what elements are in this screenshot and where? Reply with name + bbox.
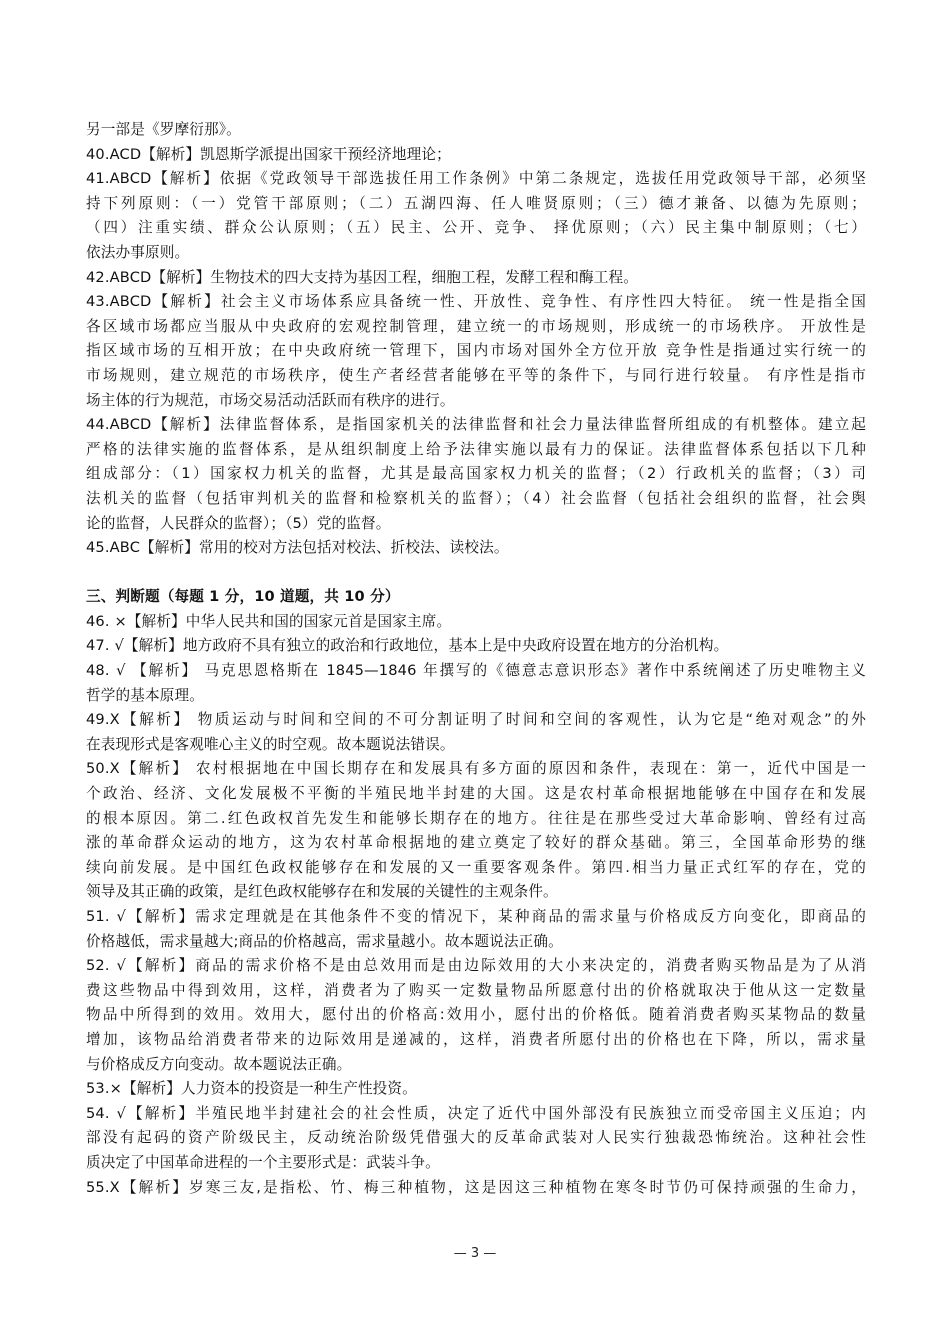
answer-line: 43.ABCD【解析】社会主义市场体系应具备统一性、开放性、竞争性、有序性四大特… — [86, 290, 866, 315]
judgment-line: 费这些物品中得到效用，这样，消费者为了购买一定数量物品所愿意付出的价格就取决于他… — [86, 979, 866, 1004]
judgment-line: 部没有起码的资产阶级民主，反动统治阶级凭借强大的反革命武装对人民实行独裁恐怖统治… — [86, 1126, 866, 1151]
judgment-line: 55.X【解析】岁寒三友,是指松、竹、梅三种植物，这是因这三种植物在寒冬时节仍可… — [86, 1176, 866, 1201]
judgment-line: 质决定了中国革命进程的一个主要形式是：武装斗争。 — [86, 1151, 866, 1176]
answer-line: （四）注重实绩、群众公认原则；（五）民主、公开、竞争、 择优原则；（六）民主集中… — [86, 216, 866, 241]
judgment-line: 49.X【解析】 物质运动与时间和空间的不可分割证明了时间和空间的客观性，认为它… — [86, 708, 866, 733]
judgment-item-46: 46. ×【解析】中华人民共和国的国家元首是国家主席。 — [86, 610, 866, 635]
judgment-line: 54. √【解析】半殖民地半封建社会的社会性质，决定了近代中国外部没有民族独立而… — [86, 1102, 866, 1127]
answer-line: 指区域市场的互相开放；在中央政府统一管理下，国内市场对国外全方位开放 竞争性是指… — [86, 339, 866, 364]
answer-line: 41.ABCD【解析】依据《党政领导干部选拔任用工作条例》中第二条规定，选拔任用… — [86, 167, 866, 192]
judgment-item-54: 54. √【解析】半殖民地半封建社会的社会性质，决定了近代中国外部没有民族独立而… — [86, 1102, 866, 1176]
answer-line: 44.ABCD【解析】法律监督体系，是指国家机关的法律监督和社会力量法律监督所组… — [86, 413, 866, 438]
judgment-line: 53.×【解析】人力资本的投资是一种生产性投资。 — [86, 1077, 866, 1102]
judgment-line: 的根本原因。第二.红色政权首先发生和能够长期存在的地方。往往是在那些受过大革命影… — [86, 807, 866, 832]
answer-line: 严格的法律实施的监督体系，是从组织制度上给予法律实施以最有力的保证。法律监督体系… — [86, 438, 866, 463]
document-page: 另一部是《罗摩衍那》。 40.ACD【解析】凯恩斯学派提出国家干预经济地理论； … — [86, 118, 866, 1200]
judgment-line: 48. √ 【解析】 马克思恩格斯在 1845—1846 年撰写的《德意志意识形… — [86, 659, 866, 684]
answer-line: 法机关的监督（包括审判机关的监督和检察机关的监督）；（4）社会监督（包括社会组织… — [86, 487, 866, 512]
judgment-item-48: 48. √ 【解析】 马克思恩格斯在 1845—1846 年撰写的《德意志意识形… — [86, 659, 866, 708]
judgment-item-49: 49.X【解析】 物质运动与时间和空间的不可分割证明了时间和空间的客观性，认为它… — [86, 708, 866, 757]
judgment-line: 续向前发展。是中国红色政权能够存在和发展的又一重要客观条件。第四.相当力量正式红… — [86, 856, 866, 881]
section-heading: 三、判断题（每题 1 分，10 道题，共 10 分） — [86, 585, 866, 610]
judgment-item-52: 52. √【解析】商品的需求价格不是由总效用而是由边际效用的大小来决定的，消费者… — [86, 954, 866, 1077]
judgment-line: 涨的革命群众运动的地方，这为农村革命根据地的建立奠定了较好的群众基础。第三，全国… — [86, 831, 866, 856]
judgment-line: 在表现形式是客观唯心主义的时空观。故本题说法错误。 — [86, 733, 866, 758]
judgment-line: 与价格成反方向变动。故本题说法正确。 — [86, 1053, 866, 1078]
answer-item-40: 40.ACD【解析】凯恩斯学派提出国家干预经济地理论； — [86, 143, 866, 168]
answer-line: 42.ABCD【解析】生物技术的四大支持为基因工程，细胞工程，发酵工程和酶工程。 — [86, 266, 866, 291]
judgment-line: 价格越低，需求量越大;商品的价格越高，需求量越小。故本题说法正确。 — [86, 930, 866, 955]
answer-line: 各区域市场都应当服从中央政府的宏观控制管理，建立统一的市场规则，形成统一的市场秩… — [86, 315, 866, 340]
answer-item-44: 44.ABCD【解析】法律监督体系，是指国家机关的法律监督和社会力量法律监督所组… — [86, 413, 866, 536]
answer-line: 场主体的行为规范，市场交易活动活跃而有秩序的进行。 — [86, 389, 866, 414]
answer-item-42: 42.ABCD【解析】生物技术的四大支持为基因工程，细胞工程，发酵工程和酶工程。 — [86, 266, 866, 291]
answer-item-45: 45.ABC【解析】常用的校对方法包括对校法、折校法、读校法。 — [86, 536, 866, 561]
judgment-line: 51. √【解析】需求定理就是在其他条件不变的情况下，某种商品的需求量与价格成反… — [86, 905, 866, 930]
judgment-line: 哲学的基本原理。 — [86, 684, 866, 709]
answer-line: 依法办事原则。 — [86, 241, 866, 266]
continuation-line: 另一部是《罗摩衍那》。 — [86, 118, 866, 143]
answer-line: 45.ABC【解析】常用的校对方法包括对校法、折校法、读校法。 — [86, 536, 866, 561]
judgment-item-51: 51. √【解析】需求定理就是在其他条件不变的情况下，某种商品的需求量与价格成反… — [86, 905, 866, 954]
answer-item-41: 41.ABCD【解析】依据《党政领导干部选拔任用工作条例》中第二条规定，选拔任用… — [86, 167, 866, 265]
answer-line: 40.ACD【解析】凯恩斯学派提出国家干预经济地理论； — [86, 143, 866, 168]
judgment-line: 物品中所得到的效用。效用大，愿付出的价格高:效用小，愿付出的价格低。随着消费者购… — [86, 1003, 866, 1028]
judgment-line: 46. ×【解析】中华人民共和国的国家元首是国家主席。 — [86, 610, 866, 635]
judgment-line: 领导及其正确的政策，是红色政权能够存在和发展的关键性的主观条件。 — [86, 880, 866, 905]
section-spacer — [86, 561, 866, 586]
answer-line: 论的监督，人民群众的监督）；（5）党的监督。 — [86, 512, 866, 537]
answer-item-43: 43.ABCD【解析】社会主义市场体系应具备统一性、开放性、竞争性、有序性四大特… — [86, 290, 866, 413]
judgment-item-53: 53.×【解析】人力资本的投资是一种生产性投资。 — [86, 1077, 866, 1102]
answer-line: 市场规则，建立规范的市场秩序，使生产者经营者能够在平等的条件下，与同行进行较量。… — [86, 364, 866, 389]
judgment-item-47: 47. √【解析】地方政府不具有独立的政治和行政地位，基本上是中央政府设置在地方… — [86, 634, 866, 659]
judgment-line: 50.X【解析】 农村根据地在中国长期存在和发展具有多方面的原因和条件，表现在：… — [86, 757, 866, 782]
answer-line: 持下列原则：（一）党管干部原则；（二）五湖四海、任人唯贤原则；（三）德才兼备、以… — [86, 192, 866, 217]
judgment-item-55: 55.X【解析】岁寒三友,是指松、竹、梅三种植物，这是因这三种植物在寒冬时节仍可… — [86, 1176, 866, 1201]
answer-line: 组成部分：（1）国家权力机关的监督，尤其是最高国家权力机关的监督；（2）行政机关… — [86, 462, 866, 487]
page-number: — 3 — — [0, 1246, 950, 1261]
judgment-line: 52. √【解析】商品的需求价格不是由总效用而是由边际效用的大小来决定的，消费者… — [86, 954, 866, 979]
judgment-line: 47. √【解析】地方政府不具有独立的政治和行政地位，基本上是中央政府设置在地方… — [86, 634, 866, 659]
judgment-item-50: 50.X【解析】 农村根据地在中国长期存在和发展具有多方面的原因和条件，表现在：… — [86, 757, 866, 905]
judgment-line: 增加，该物品给消费者带来的边际效用是递减的，这样，消费者所愿付出的价格也在下降，… — [86, 1028, 866, 1053]
judgment-line: 个政治、经济、文化发展极不平衡的半殖民地半封建的大国。这是农村革命根据地能够在中… — [86, 782, 866, 807]
